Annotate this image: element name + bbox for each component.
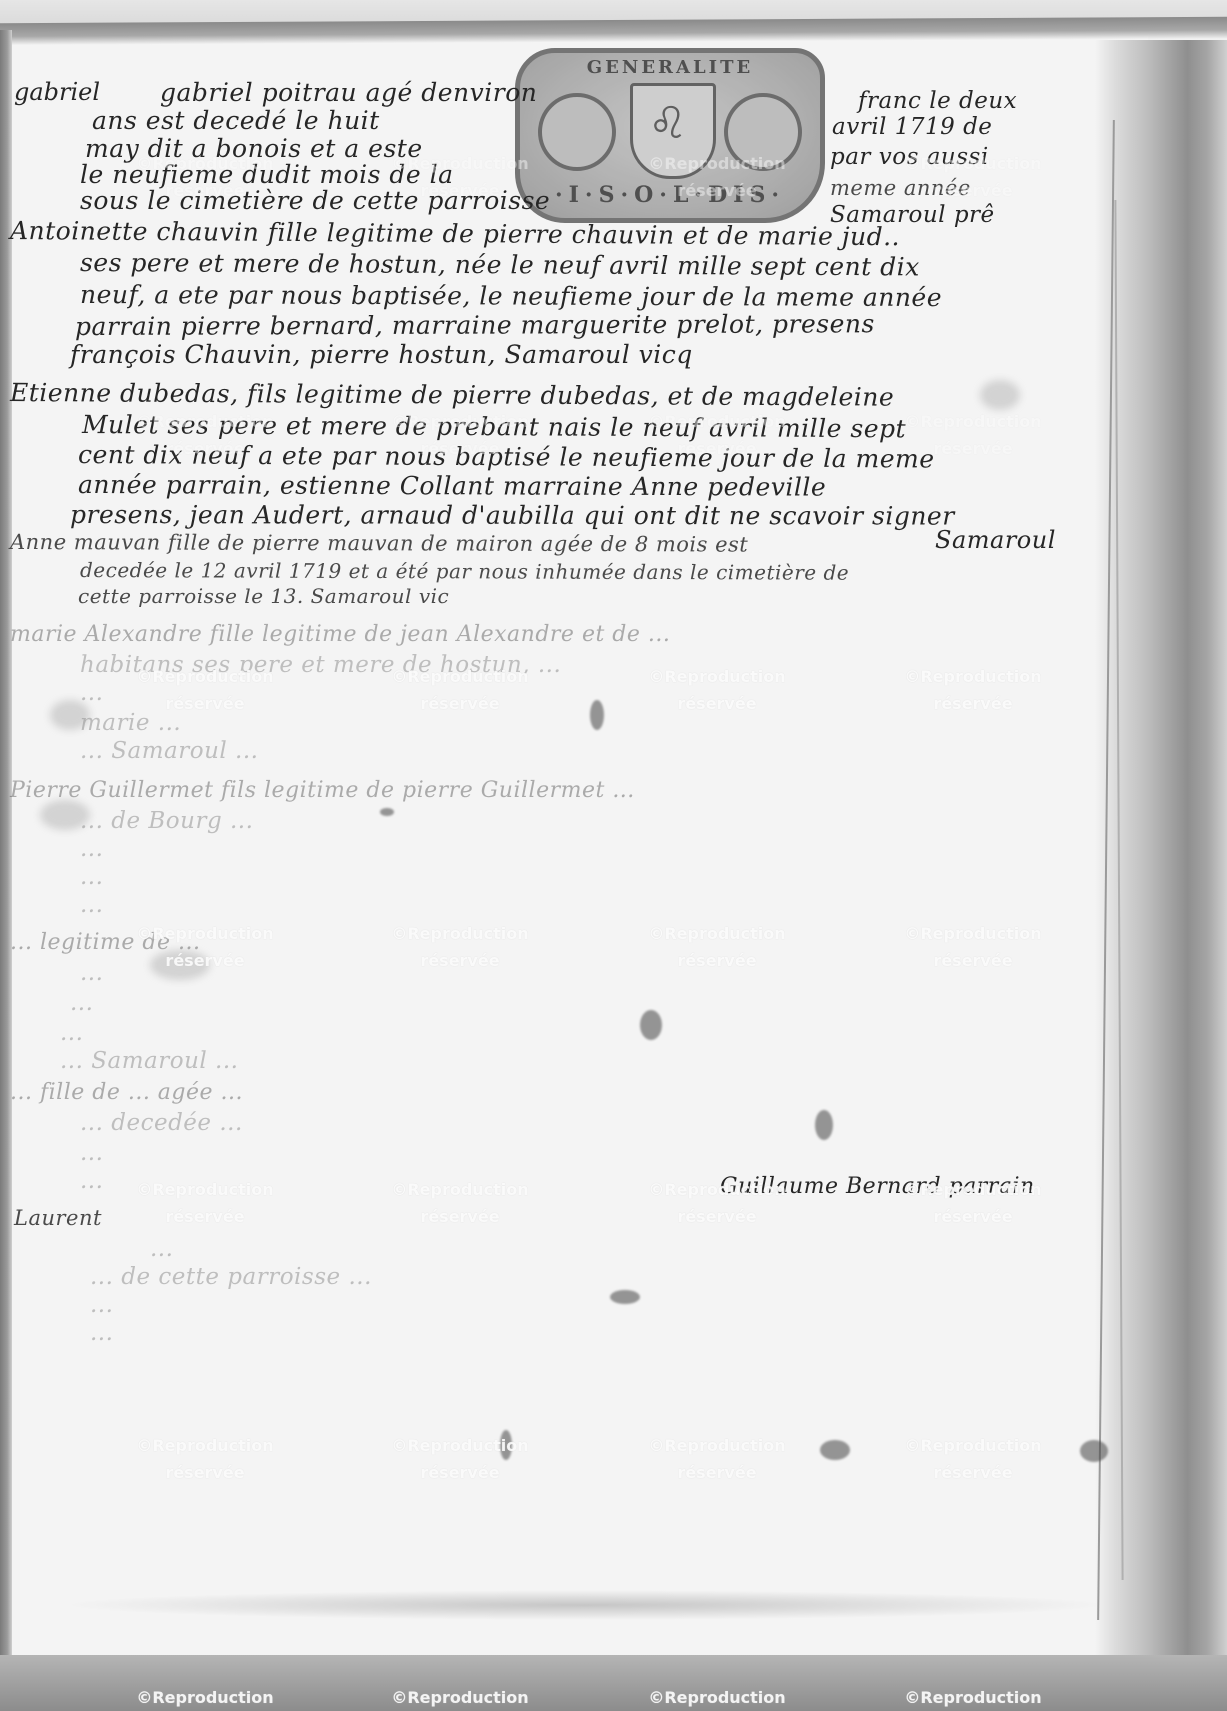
entry-line: ses pere et mere de hostun, née le neuf … [80,248,920,281]
entry-line: ... [80,892,103,918]
bottom-stain [60,1590,1110,1620]
watermark: ©Reproductionréservée [375,408,545,462]
watermark: ©Reproductionréservée [632,150,802,204]
watermark: ©Reproductionréservée [888,150,1058,204]
watermark: ©Reproductionréservée [120,920,290,974]
watermark: ©Reproductionréservée [632,1432,802,1486]
watermark: ©Reproductionréservée [632,663,802,717]
entry-line: ... [150,1236,173,1262]
watermark: ©Reproductionréservée [632,920,802,974]
ink-blot [640,1010,662,1040]
watermark: ©Reproductionréservée [120,663,290,717]
entry-line: neuf, a ete par nous baptisée, le neufie… [80,280,942,312]
stamp-top-text: GENERALITE [520,57,820,78]
paper-stain [980,380,1020,410]
watermark: ©Reproductionréservée [888,408,1058,462]
entry-line: ... [90,1292,113,1318]
entry-line: parrain pierre bernard, marraine marguer… [75,309,875,341]
entry-line: ... fille de ... agée ... [10,1080,243,1105]
watermark: ©Reproduction [888,1684,1058,1711]
entry-line: ... [80,960,103,986]
entry-line: ... [80,680,103,706]
entry-line: ... [80,1168,103,1194]
entry-line: franc le deux [858,88,1017,114]
entry-line: Pierre Guillermet fils legitime de pierr… [10,778,635,803]
lion-rampant-icon: ♌ [648,98,687,149]
watermark: ©Reproductionréservée [888,663,1058,717]
watermark: ©Reproduction [632,1684,802,1711]
entry-line: ... [60,1020,83,1046]
entry-line: presens, jean Audert, arnaud d'aubilla q… [70,500,955,531]
ink-blot [820,1440,850,1460]
binding-left-edge [0,30,12,1711]
entry-line: françois Chauvin, pierre hostun, Samarou… [70,340,693,369]
entry-line: gabriel poitrau agé denviron [160,78,537,107]
paper-stain [40,800,90,830]
entry-line: ... de Bourg ... [80,808,253,834]
watermark: ©Reproduction [375,1684,545,1711]
watermark: ©Reproduction [120,1684,290,1711]
watermark: ©Reproductionréservée [632,1176,802,1230]
entry-line: marie Alexandre fille legitime de jean A… [10,622,670,647]
watermark: ©Reproductionréservée [120,1432,290,1486]
entry-line: avril 1719 de [832,114,992,140]
entry-line: ans est decedé le huit [92,106,380,135]
watermark: ©Reproductionréservée [375,1176,545,1230]
watermark: ©Reproductionréservée [632,408,802,462]
entry-line: année parrain, estienne Collant marraine… [78,470,826,502]
entry-line: Etienne dubedas, fils legitime de pierre… [10,378,894,412]
entry-line: ... de cette parroisse ... [90,1264,372,1290]
ink-blot [380,808,394,816]
watermark: ©Reproductionréservée [375,920,545,974]
watermark: ©Reproductionréservée [120,1176,290,1230]
ink-blot [590,700,604,730]
watermark: ©Reproductionréservée [375,663,545,717]
entry-line: Anne mauvan fille de pierre mauvan de ma… [10,530,748,557]
paper-stain [50,700,90,730]
margin-name: Laurent [14,1206,102,1230]
signature: Samaroul [935,526,1056,554]
entry-line: ... [70,990,93,1016]
watermark: ©Reproductionréservée [120,408,290,462]
document-scan: GENERALITE ♌ ·I·S·O·L·DIS· gabriel gabri… [0,0,1227,1711]
watermark: ©Reproductionréservée [888,920,1058,974]
watermark: ©Reproductionréservée [888,1432,1058,1486]
entry-line: cette parroisse le 13. Samaroul vic [78,584,449,608]
watermark: ©Reproductionréservée [375,150,545,204]
ink-blot [815,1110,833,1140]
entry-line: ... [80,864,103,890]
entry-line: ... [80,1140,103,1166]
stamp-ornament [538,93,616,171]
entry-line: Antoinette chauvin fille legitime de pie… [10,216,900,251]
watermark: ©Reproductionréservée [120,150,290,204]
ink-blot [610,1290,640,1304]
entry-line: ... [80,836,103,862]
entry-line: ... Samaroul ... [80,738,259,764]
ink-blot [1080,1440,1108,1462]
entry-line: ... decedée ... [80,1110,243,1136]
watermark: ©Reproductionréservée [375,1432,545,1486]
entry-line: ... Samaroul ... [60,1048,239,1074]
margin-name: gabriel [14,78,100,106]
entry-line: decedée le 12 avril 1719 et a été par no… [80,558,849,585]
entry-line: ... [90,1320,113,1346]
watermark: ©Reproductionréservée [888,1176,1058,1230]
